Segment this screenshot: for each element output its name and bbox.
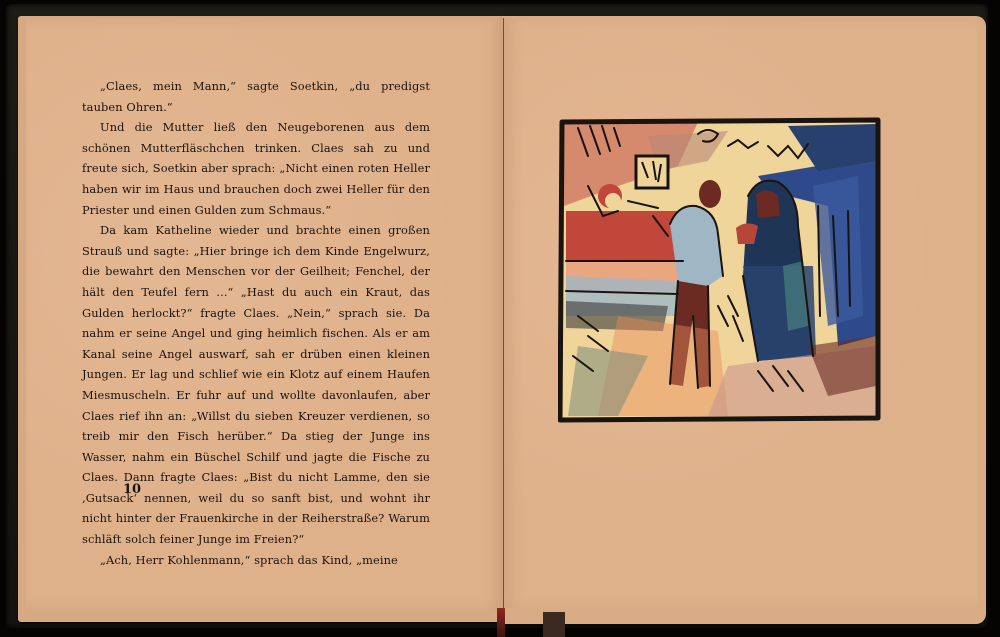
- bookmark-ribbon: [497, 608, 505, 637]
- page-number: 10: [123, 482, 141, 497]
- woodcut-illustration: [558, 116, 882, 424]
- book-gutter: [503, 18, 504, 618]
- paragraph: „Claes, mein Mann,“ sagte Soetkin, „du p…: [82, 76, 430, 117]
- paragraph: Da kam Katheline wieder und brachte eine…: [82, 220, 430, 550]
- paragraph: „Ach, Herr Kohlenmann,“ sprach das Kind,…: [82, 550, 430, 571]
- paragraph: Und die Mutter ließ den Neugeborenen aus…: [82, 117, 430, 220]
- illustration-image: [558, 116, 882, 424]
- bookmark-tab: [543, 612, 565, 637]
